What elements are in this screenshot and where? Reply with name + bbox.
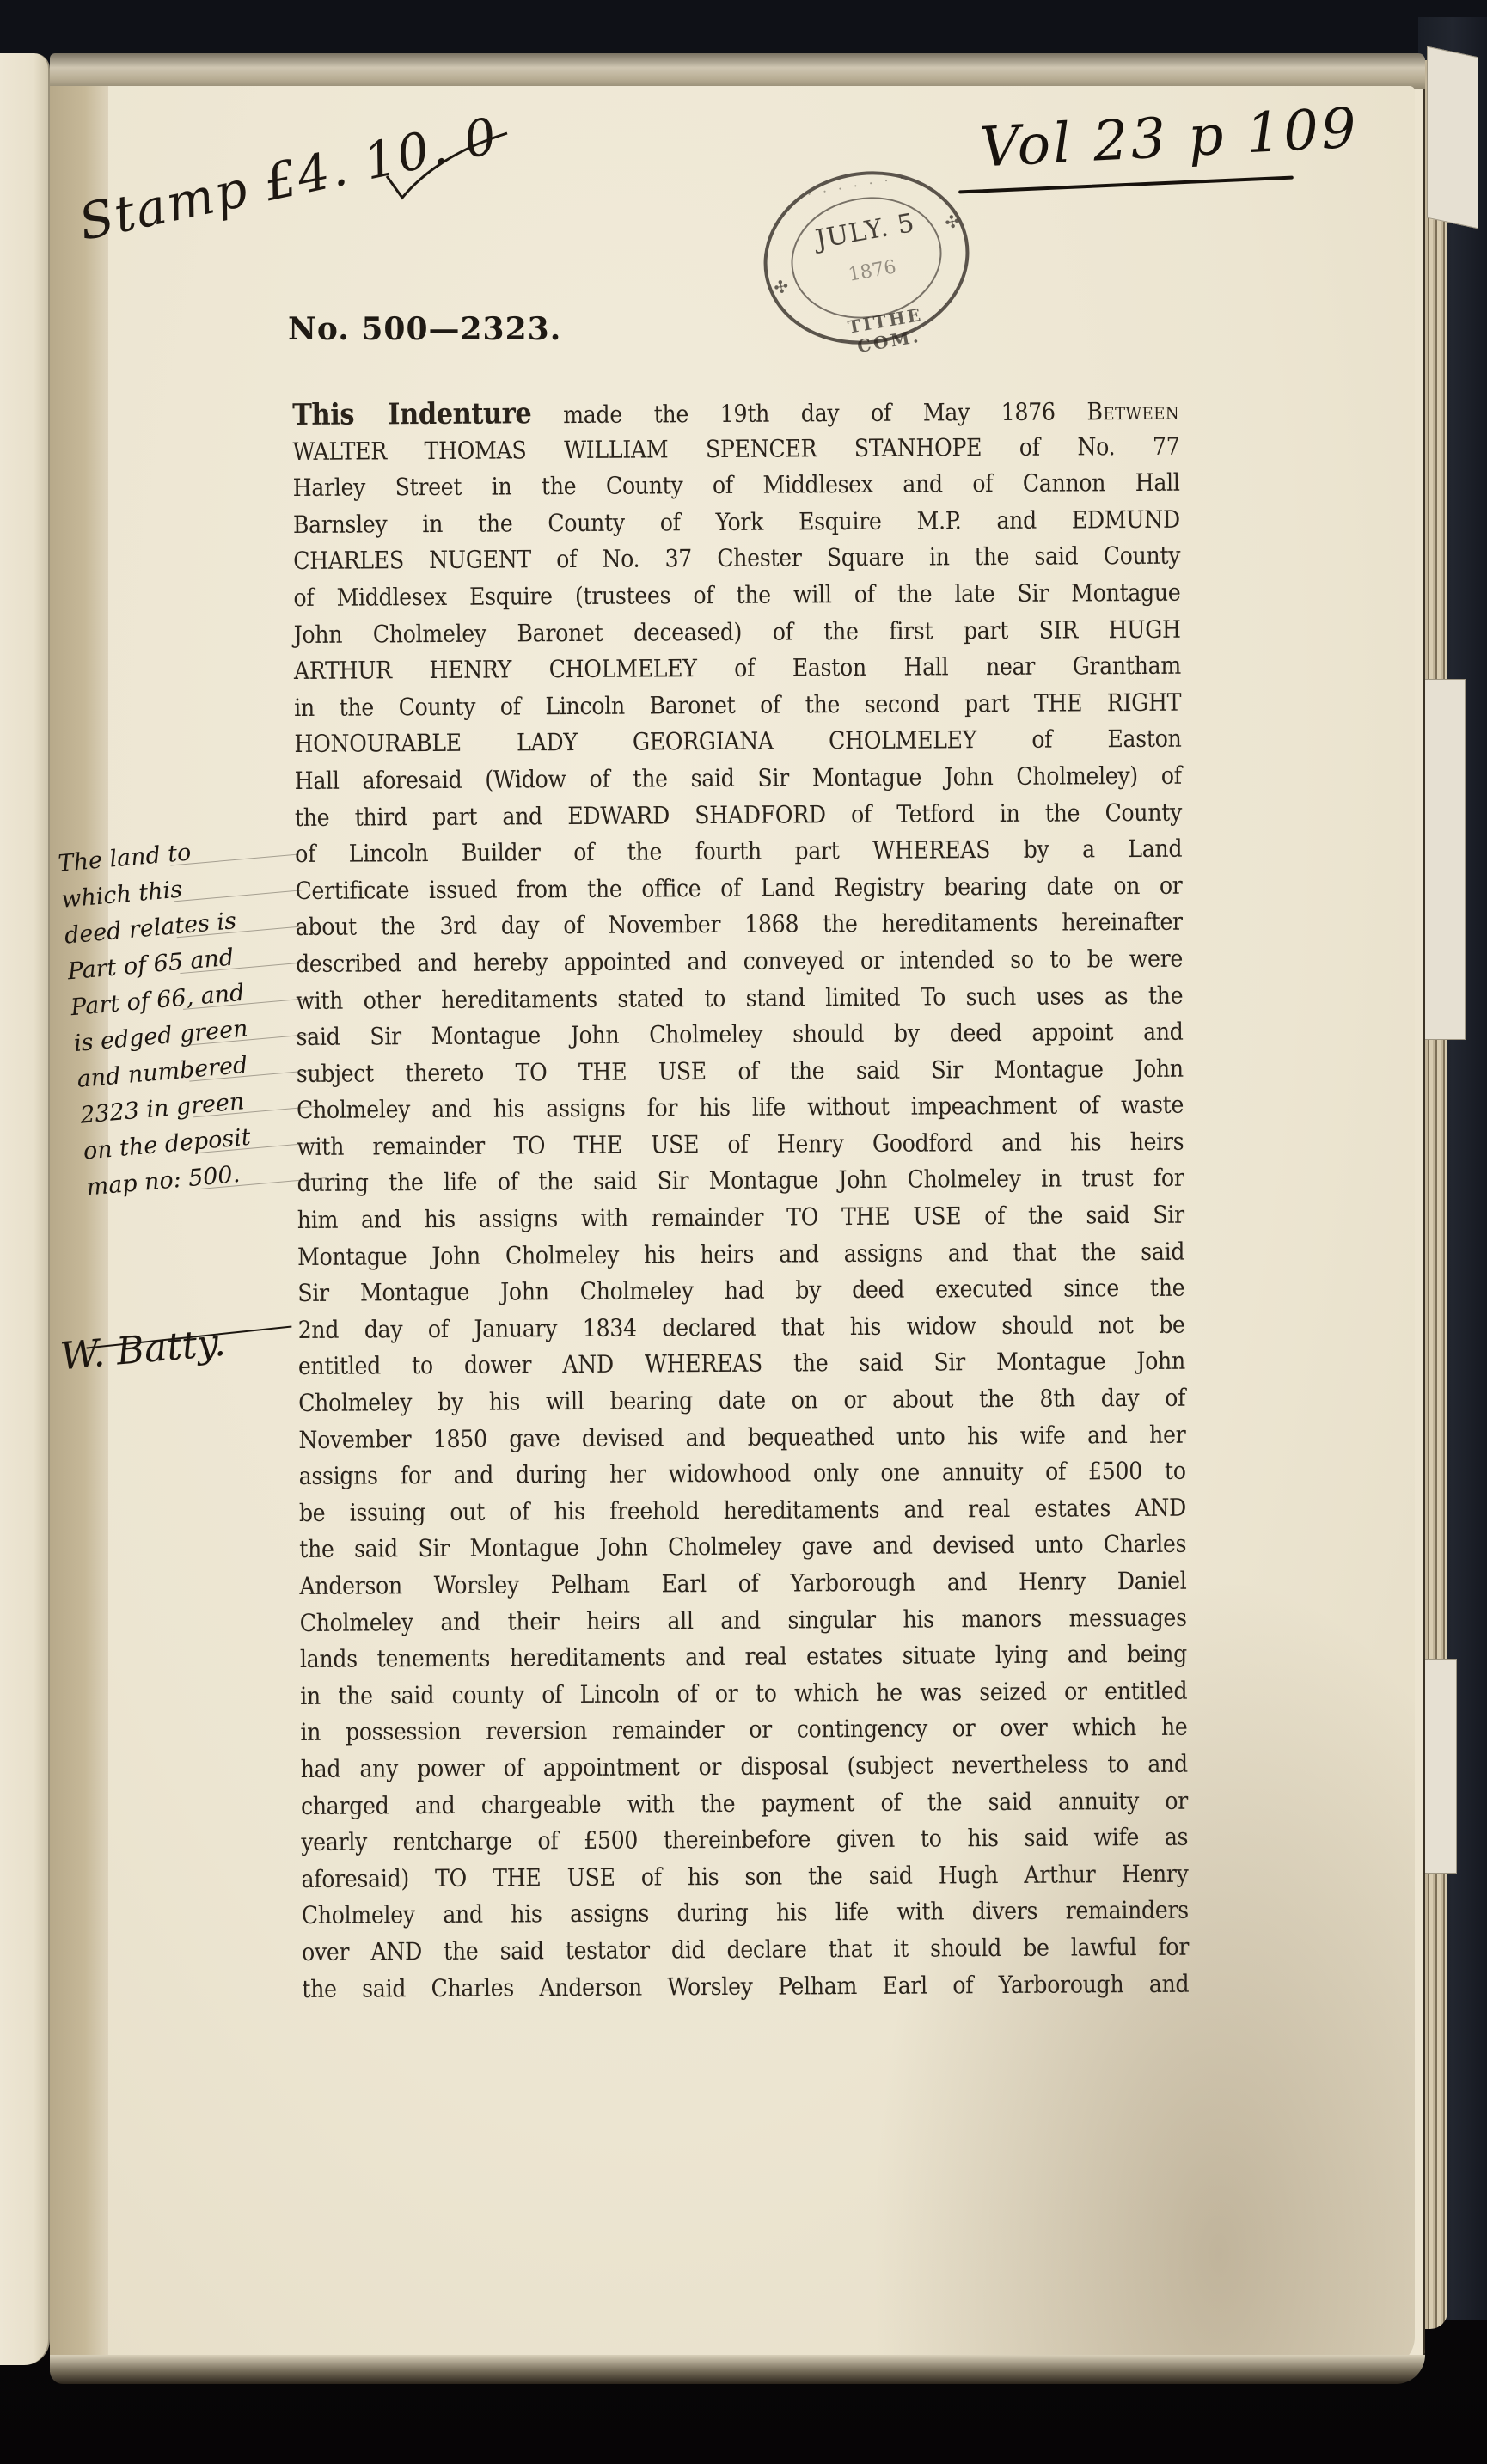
body-line: assigns for and during her widowhood onl…	[299, 1453, 1186, 1495]
body-line: Cholmeley and his assigns during his lif…	[302, 1892, 1189, 1935]
body-line: entitled to dower AND WHEREAS the said S…	[298, 1343, 1185, 1385]
page-top-edge	[50, 53, 1425, 89]
body-line: Cholmeley and his assigns for his life w…	[297, 1087, 1184, 1129]
body-line: lands tenements hereditaments and real e…	[300, 1636, 1187, 1678]
body-line: him and his assigns with remainder TO TH…	[297, 1197, 1184, 1239]
indenture-body: This Indenture made the 19th day of May …	[292, 392, 1189, 2008]
body-line: November 1850 gave devised and bequeathe…	[298, 1416, 1185, 1458]
body-line: Montague John Cholmeley his heirs and as…	[297, 1233, 1184, 1275]
body-line: about the 3rd day of November 1868 the h…	[296, 904, 1183, 946]
margin-annotation: The land to which this deed relates is P…	[57, 825, 333, 1206]
body-line: Anderson Worsley Pelham Earl of Yarborou…	[299, 1563, 1186, 1605]
body-line: charged and chargeable with the payment …	[301, 1782, 1188, 1825]
between-keyword: Between	[1086, 397, 1179, 426]
body-line: with other hereditaments stated to stand…	[296, 977, 1183, 1019]
body-line: of Middlesex Esquire (trustees of the wi…	[293, 575, 1180, 617]
body-line: This Indenture made the 19th day of May …	[292, 392, 1179, 434]
body-line: CHARLES NUGENT of No. 37 Chester Square …	[293, 538, 1180, 580]
body-line: Harley Street in the County of Middlesex…	[293, 465, 1180, 507]
paper-flap	[1427, 46, 1478, 229]
body-line: over AND the said testator did declare t…	[302, 1929, 1189, 1972]
body-line: WALTER THOMAS WILLIAM SPENCER STANHOPE o…	[292, 428, 1179, 470]
paper-flap	[1423, 679, 1466, 1040]
body-line: the third part and EDWARD SHADFORD of Te…	[295, 794, 1182, 836]
document-number: No. 500—2323.	[288, 311, 561, 347]
indenture-opening: This Indenture	[292, 396, 531, 432]
body-line: subject thereto TO THE USE of the said S…	[297, 1050, 1184, 1092]
body-line: yearly rentcharge of £500 thereinbefore …	[301, 1819, 1188, 1862]
paper-flap	[1423, 1659, 1457, 1874]
body-line: HONOURABLE LADY GEORGIANA CHOLMELEY of E…	[294, 721, 1181, 763]
body-line: described and hereby appointed and conve…	[296, 941, 1183, 983]
body-line: Hall aforesaid (Widow of the said Sir Mo…	[295, 758, 1182, 800]
star-icon: ✣	[772, 275, 790, 298]
body-line: Barnsley in the County of York Esquire M…	[293, 501, 1180, 543]
body-line: John Cholmeley Baronet deceased) of the …	[294, 611, 1181, 653]
check-mark-icon	[378, 129, 516, 206]
page-gutter-shadow	[50, 86, 108, 2372]
body-line: in the County of Lincoln Baronet of the …	[294, 684, 1181, 726]
body-line: Sir Montague John Cholmeley had by deed …	[297, 1270, 1184, 1312]
body-line: aforesaid) TO THE USE of his son the sai…	[301, 1856, 1188, 1898]
body-line: Cholmeley and their heirs all and singul…	[300, 1599, 1187, 1642]
body-line: in possession reversion remainder or con…	[300, 1709, 1187, 1752]
body-line: of Lincoln Builder of the fourth part WH…	[295, 831, 1182, 873]
page-bottom-edge	[50, 2355, 1425, 2384]
body-line: the said Sir Montague John Cholmeley gav…	[299, 1526, 1186, 1568]
star-icon: ✣	[944, 211, 962, 234]
body-line: said Sir Montague John Cholmeley should …	[296, 1014, 1183, 1056]
body-line: ARTHUR HENRY CHOLMELEY of Easton Hall ne…	[294, 648, 1181, 690]
body-line-text: made the 19th day of May 1876	[531, 397, 1086, 429]
body-line: Cholmeley by his will bearing date on or…	[298, 1380, 1185, 1422]
body-line: Certificate issued from the office of La…	[295, 867, 1182, 909]
body-line: during the life of the said Sir Montague…	[297, 1160, 1184, 1202]
body-line: in the said county of Lincoln of or to w…	[300, 1672, 1187, 1715]
body-line: the said Charles Anderson Worsley Pelham…	[302, 1966, 1189, 2008]
body-line: 2nd day of January 1834 declared that hi…	[298, 1307, 1185, 1349]
body-line: be issuing out of his freehold hereditam…	[299, 1489, 1186, 1532]
body-line: with remainder TO THE USE of Henry Goodf…	[297, 1124, 1184, 1166]
previous-page-edge	[0, 53, 50, 2365]
body-line: had any power of appointment or disposal…	[301, 1746, 1188, 1788]
